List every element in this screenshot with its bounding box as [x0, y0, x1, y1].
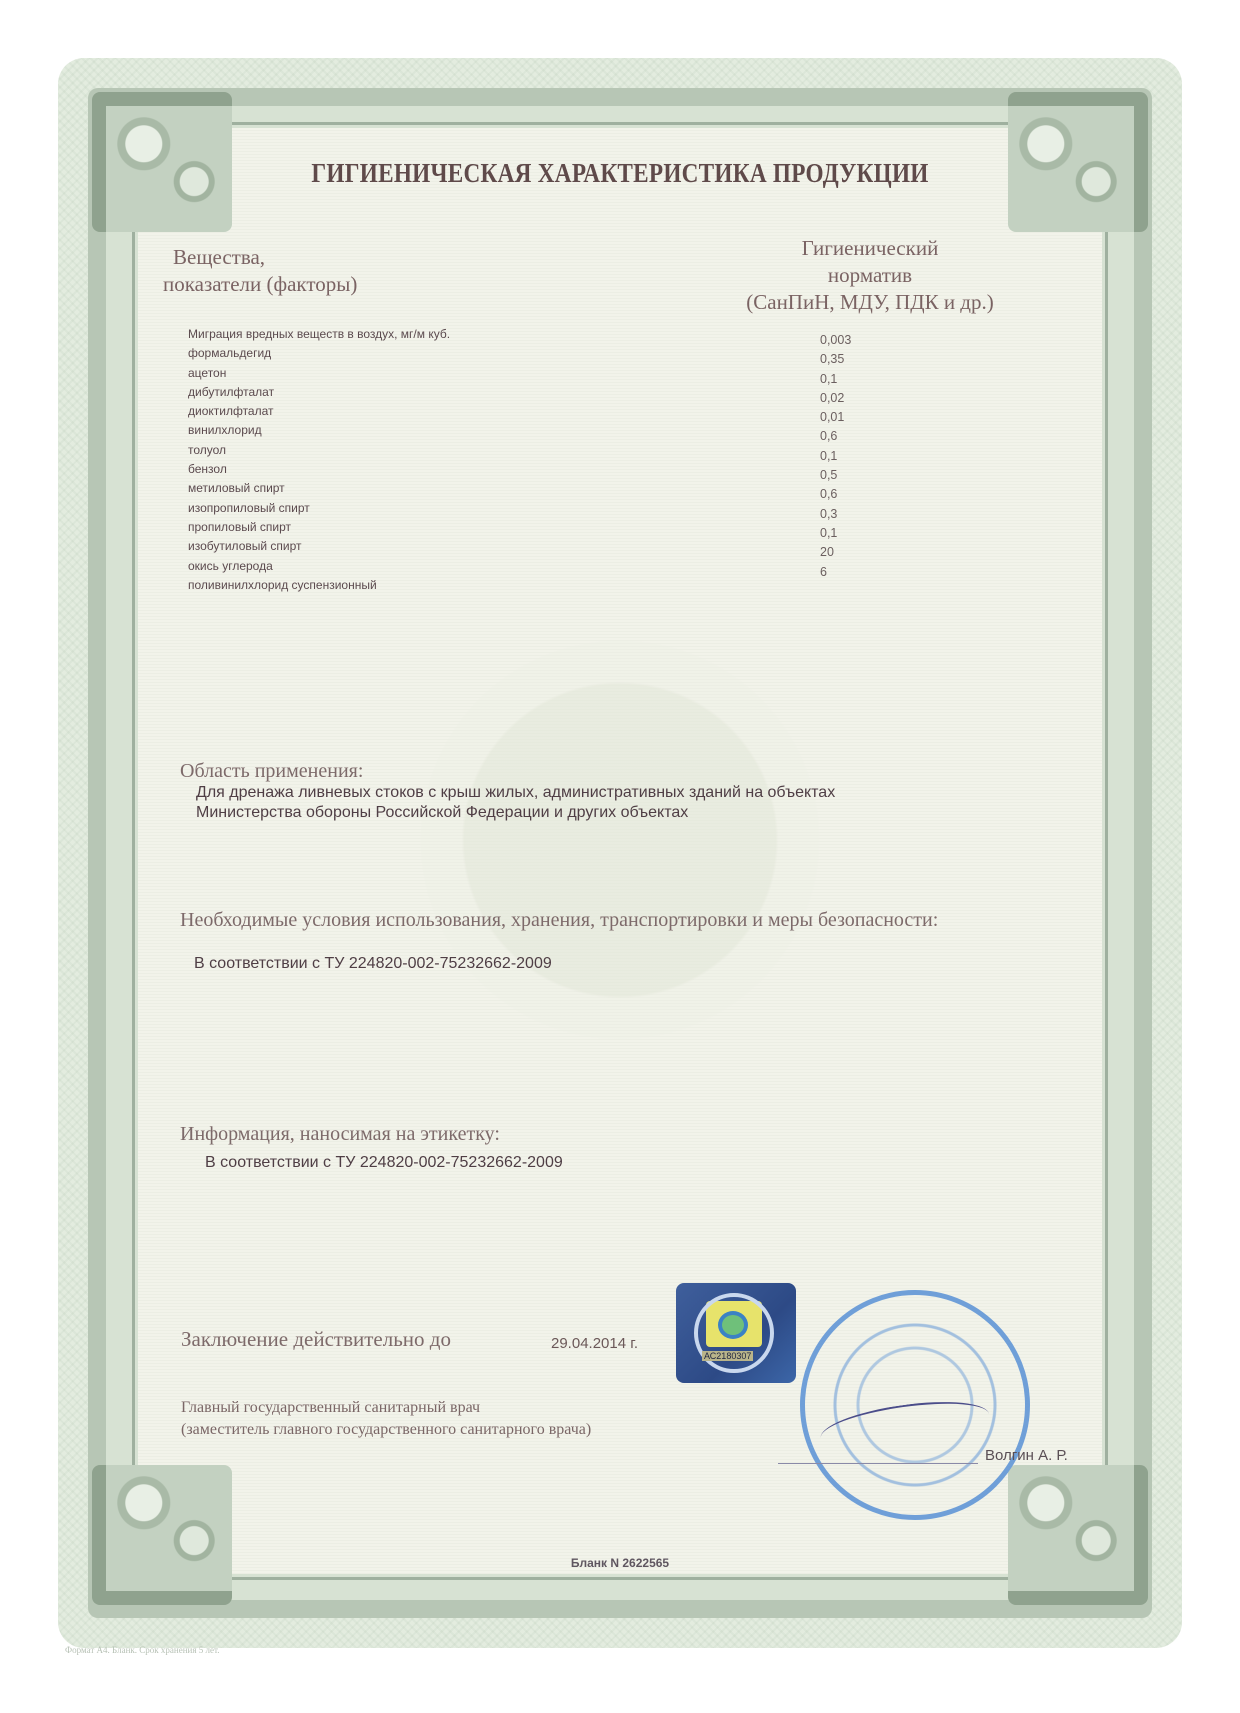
application-text: Для дренажа ливневых стоков с крыш жилых… — [196, 783, 1016, 823]
table-row: изобутиловый спирт — [188, 537, 450, 556]
table-row: диоктилфталат — [188, 402, 450, 421]
table-row: изопропиловый спирт — [188, 499, 450, 518]
table-group-label: Миграция вредных веществ в воздух, мг/м … — [188, 325, 450, 344]
signatory-name: Волгин А. Р. — [985, 1447, 1068, 1464]
form-number: Бланк N 2622565 — [0, 1556, 1240, 1570]
emblem-watermark-icon — [420, 640, 820, 1040]
conditions-label: Необходимые условия использования, хране… — [180, 905, 1030, 935]
table-row: окись углерода — [188, 557, 450, 576]
label-info-text: В соответствии с ТУ 224820-002-75232662-… — [205, 1153, 563, 1173]
table-cell-norm: 20 — [820, 543, 851, 562]
table-cell-norm: 0,01 — [820, 408, 851, 427]
table-row: формальдегид — [188, 344, 450, 363]
table-row: винилхлорид — [188, 421, 450, 440]
label-info-label: Информация, наносимая на этикетку: — [180, 1123, 500, 1146]
footnote: Формат А4. Бланк. Срок хранения 5 лет. — [65, 1645, 219, 1655]
table-cell-norm: 0,35 — [820, 350, 851, 369]
table-row: ацетон — [188, 364, 450, 383]
validity-date: 29.04.2014 г. — [551, 1335, 638, 1352]
table-row: бензол — [188, 460, 450, 479]
table-cell-norm: 0,3 — [820, 505, 851, 524]
signature-line — [778, 1463, 978, 1464]
application-label: Область применения: — [180, 760, 363, 783]
signatory-title-line: (заместитель главного государственного с… — [181, 1419, 591, 1441]
table-cell-norm: 0,1 — [820, 524, 851, 543]
ornament-corner-icon — [1008, 1465, 1148, 1605]
header-line: (СанПиН, МДУ, ПДК и др.) — [720, 289, 1020, 316]
table-cell-norm: 0,1 — [820, 447, 851, 466]
norm-values-list: 0,003 0,35 0,1 0,02 0,01 0,6 0,1 0,5 0,6… — [820, 331, 851, 582]
substances-list: Миграция вредных веществ в воздух, мг/м … — [188, 325, 450, 595]
application-line: Для дренажа ливневых стоков с крыш жилых… — [196, 783, 1016, 803]
validity-label: Заключение действительно до — [181, 1327, 451, 1352]
table-cell-norm: 0,003 — [820, 331, 851, 350]
table-cell-norm: 0,6 — [820, 427, 851, 446]
substances-column-header: Вещества, показатели (факторы) — [173, 244, 357, 298]
header-line: Вещества, — [173, 244, 357, 271]
hologram-serial: АС2180307 — [702, 1351, 753, 1361]
table-row: толуол — [188, 441, 450, 460]
signatory-title: Главный государственный санитарный врач … — [181, 1397, 591, 1441]
table-cell-norm: 0,02 — [820, 389, 851, 408]
table-row: поливинилхлорид суспензионный — [188, 576, 450, 595]
table-cell-norm: 0,1 — [820, 370, 851, 389]
hologram-seal-icon: АС2180307 — [676, 1283, 796, 1383]
table-row: дибутилфталат — [188, 383, 450, 402]
norm-column-header: Гигиенический норматив (СанПиН, МДУ, ПДК… — [720, 235, 1020, 316]
table-cell-norm: 0,5 — [820, 466, 851, 485]
document-title: ГИГИЕНИЧЕСКАЯ ХАРАКТЕРИСТИКА ПРОДУКЦИИ — [87, 158, 1153, 189]
conditions-text: В соответствии с ТУ 224820-002-75232662-… — [194, 954, 552, 974]
header-line: норматив — [720, 262, 1020, 289]
table-row: пропиловый спирт — [188, 518, 450, 537]
table-cell-norm: 6 — [820, 563, 851, 582]
table-cell-norm: 0,6 — [820, 485, 851, 504]
signatory-title-line: Главный государственный санитарный врач — [181, 1397, 591, 1419]
table-row: метиловый спирт — [188, 479, 450, 498]
application-line: Министерства обороны Российской Федераци… — [196, 803, 1016, 823]
ornament-corner-icon — [92, 1465, 232, 1605]
hologram-ring — [694, 1293, 774, 1373]
header-line: показатели (факторы) — [163, 271, 357, 298]
header-line: Гигиенический — [720, 235, 1020, 262]
